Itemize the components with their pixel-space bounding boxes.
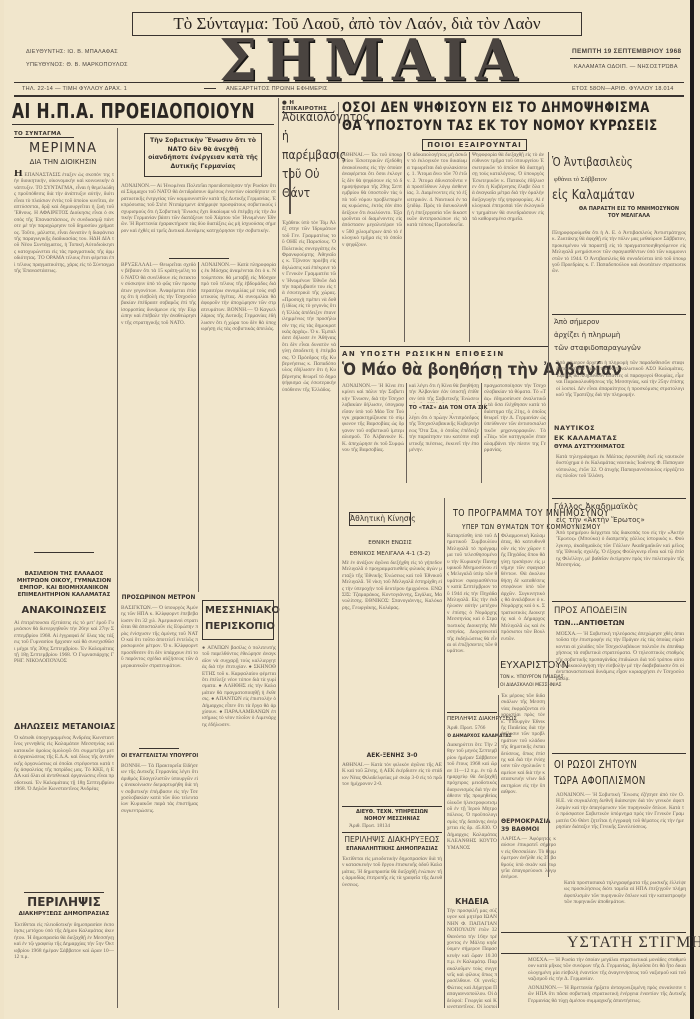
headline-german-ministers: ΟΙ ΕΥΑΓΓΕΛΙΣΤΑΙ ΥΠΟΥΡΓΟΙ bbox=[121, 753, 198, 759]
article-constitution-body: Η ΕΠΑΝΑΣΤΑΣΙΣ ἐταξεν ὡς σκοπὸν της τὴν δ… bbox=[14, 170, 114, 548]
article-london-nato-body: ΛΟΝΔΙΝΟΝ.— Κατὰ πληροφορίας ἐκ Μόσχας ἀν… bbox=[201, 262, 276, 582]
article-referendum-body-2: Ὁ ἀδικαιολογήτως μὴ ἀσκῶν τὸ ἐκλογικόν τ… bbox=[407, 152, 467, 342]
column-rule bbox=[198, 262, 199, 592]
athletic-subhead-1: ΕΘΝΙΚΗ ΕΝΩΣΙΣ bbox=[340, 540, 440, 546]
phone-price: ΤΗΛ. 22-14 — ΤΙΜΗ ΦΥΛΛΟΥ ΔΡΑΧ. 1 bbox=[22, 86, 127, 92]
headline-athletic: Ἀθλητικὴ Κίνησις bbox=[350, 513, 410, 525]
article-municipal-body: Διακηρύττει ὅτι: Τὴν 28ην τοῦ μηνὸς Σεπτ… bbox=[447, 742, 497, 882]
headline-raisin-3: τῶν σταφιδοπαραγωγῶν bbox=[554, 344, 641, 352]
article-u-thant-intro bbox=[289, 168, 337, 214]
headline-referendum-line2: ΘΑ ΥΠΟΣΤΟΥΝ ΤΑΣ ΕΚ ΤΟΥ ΝΟΜΟΥ ΚΥΡΩΣΕΙΣ bbox=[342, 118, 658, 134]
article-vice-regent-body: Πληροφορούμεθα ὅτι ἡ Α. Ε. ὁ Ἀντιβασιλεὺ… bbox=[552, 230, 686, 300]
article-thanks-body: Ἐκ μέρους τῶν διδασκάλων τῆς Μεσσηνίας ἐ… bbox=[501, 693, 545, 813]
article-referendum-body-1: ΑΘΗΝΑΙ.— Ἐκ τοῦ ὑπουργείου Ἐσωτερικῶν ἐξ… bbox=[342, 152, 402, 342]
column-rule bbox=[498, 533, 499, 688]
article-tech-services-body: Ἐκτίθεται εἰς μειοδοτικὴν δημοπρασίαν δι… bbox=[342, 856, 442, 1010]
athletic-box: Ἀθλητικὴ Κίνησις bbox=[349, 512, 411, 526]
column-rule bbox=[338, 102, 339, 1010]
usa-warns-subhead: Τὴν Σοβιετικὴν Ἕνωσιν ὅτι τὸ ΝΑΤΟ δὲν θὰ… bbox=[148, 137, 258, 171]
issue-date: ΠΕΜΠΤΗ 19 ΣΕΠΤΕΜΒΡΙΟΥ 1968 bbox=[572, 48, 681, 55]
article-mao-body-1: ΛΟΝΔΙΝΟΝ.— Ἡ Κίνα ἐπικρίνει καὶ πάλιν τὴ… bbox=[342, 383, 404, 483]
headline-nautical-1: ΝΑΥΤΙΚΟΣ bbox=[554, 424, 595, 432]
headline-gallic-1: Γάλλος Ἀκαδημαϊκὸς bbox=[554, 502, 638, 511]
article-auction-body: Ἐκτίθεται εἰς πλειοδοτικὴν δημοπρασίαν ἐ… bbox=[14, 922, 114, 1010]
headline-summary: ΠΕΡΙΛΗΨΙΣ bbox=[14, 895, 114, 909]
article-memorial-body-1: Καταρτίσθη ὑπὸ τοῦ Δημοτικοῦ Συμβουλίου … bbox=[447, 533, 497, 688]
kicker-russian-attack: ΑΝ ΥΠΟΣΤΗ ΡΩΣΙΚΗΝ ΕΠΙΘΕΣΙΝ bbox=[342, 350, 505, 358]
column-rule bbox=[406, 383, 407, 483]
column-rule bbox=[404, 152, 405, 342]
article-late-news-body-2: ΛΟΝΔΙΝΟΝ.— Ἡ Βρεττανία ἤρξατο ἀνταγωνιζο… bbox=[528, 985, 686, 1009]
article-proof-body: ΜΟΣΧΑ.— Ἡ Σοβιετικὴ τηλεόρασις ἀπεχώρησε… bbox=[556, 631, 684, 749]
article-late-news-body-1: ΜΟΣΧΑ.— Ἡ Ρωσία τὴν ὁποίαν μεγάλαι στρατ… bbox=[528, 957, 686, 983]
headline-periscope: ΜΕΣΣΗΝΙΑΚΟ ΠΕΡΙΣΚΟΠΙΟ bbox=[205, 603, 271, 635]
headline-heatwave-1: ΘΕΡΜΟΚΡΑΣΙΑ bbox=[501, 818, 550, 825]
late-news-intro: Κατὰ προστασιακὰ τηλεγραφήματα τῆς ρωσικ… bbox=[564, 880, 686, 930]
rule bbox=[169, 258, 229, 259]
article-athletic-body: Μὲ ἐν ἀνάξιον ἀγῶνα διεξήχθη εἰς τὸ γήπε… bbox=[342, 560, 442, 720]
date-rule bbox=[570, 58, 680, 59]
headline-tech-summary: ΠΕΡΙΛΗΨΙΣ ΔΙΑΚΗΡΥΞΕΩΣ bbox=[342, 832, 442, 844]
kicker-constitution: ΤΟ ΣΥΝΤΑΓΜΑ bbox=[14, 131, 74, 138]
headline-provisional-measure: ΠΡΟΣΩΡΙΝΟΝ ΜΕΤΡΟΝ bbox=[121, 595, 196, 601]
rule bbox=[552, 314, 686, 315]
rule bbox=[340, 346, 548, 347]
headline-nautical-2: ΕΚ ΚΑΛΑΜΑΤΑΣ bbox=[554, 434, 617, 442]
rule bbox=[447, 712, 497, 713]
headline-usa-warns: ΑΙ Η.Π.Α. ΠΡΟΕΙΔΟΠΟΙΟΥΝ bbox=[12, 99, 255, 123]
rule bbox=[139, 748, 179, 749]
rule bbox=[24, 892, 104, 893]
tagline: ΑΝΕΞΑΡΤΗΤΟΣ ΠΡΩΙΝΗ ΕΦΗΜΕΡΙΣ bbox=[226, 86, 328, 92]
article-gallic-body: Ἀπὸ τριημέρου διέρχεται τὰς διακοπάς του… bbox=[556, 530, 684, 598]
headline-announcements: ΑΝΑΚΟΙΝΩΣΕΙΣ bbox=[14, 605, 114, 616]
headline-vice-regent-3: εἰς Καλαμάταν bbox=[552, 188, 634, 203]
headline-proof-1: ΠΡΟΣ ΑΠΟΔΕΙΞΙΝ bbox=[554, 606, 627, 616]
subhead-administration: ΔΙΑ ΤΗΝ ΔΙΟΙΚΗΣΙΝ bbox=[14, 158, 112, 166]
rule bbox=[12, 124, 274, 125]
headline-aek-xenis: ΑΕΚ-ΞΕΝΗΣ 3-0 bbox=[342, 752, 442, 759]
municipal-subhead: Ὁ ΔΗΜΑΡΧΟΣ ΚΑΛΑΜΑΤΑΣ bbox=[447, 734, 497, 739]
headline-gallic-2: εἰς τὴν «Ἀκτὴν Ἔρωτος» bbox=[556, 516, 645, 524]
responsible-credit: ΥΠΕΥΘΥΝΟΣ: Θ. Β. ΜΑΡΚΟΠΟΥΛΟΣ bbox=[26, 62, 128, 68]
masthead-rule-top bbox=[14, 82, 684, 83]
tech-services-head-2: ΝΟΜΟΥ ΜΕΣΣΗΝΙΑΣ bbox=[342, 816, 442, 822]
periscope-box: ΜΕΣΣΗΝΙΑΚΟ ΠΕΡΙΣΚΟΠΙΟ bbox=[202, 600, 274, 640]
article-memorial-body-2: Φιλαρμονικὴ Καλαμάτας, θὰ κατευθυνθοῦν ε… bbox=[501, 533, 545, 643]
subhead-exempted: ΠΟΙΟΙ ΕΞΑΙΡΟΥΝΤΑΙ bbox=[423, 140, 526, 150]
article-provisional-measure-body: ΒΑΣΙΓΚΤΩΝ.— Ὁ ὑπουργὸς Ἀμύνης τῶν ΗΠΑ κ.… bbox=[121, 605, 198, 745]
issue-number: ΕΤΟΣ 58ον—ΑΡΙΘ. ΦΥΛΛΟΥ 18.014 bbox=[572, 86, 674, 92]
column-rule bbox=[548, 152, 549, 877]
headline-late-news: ΥΣΤΑΤΗ ΣΤΙΓΜΗ bbox=[567, 934, 700, 952]
article-brussels-body: ΒΡΥΞΕΛΛΑΙ.— Θεωρεῖται σχεδὸν βέβαιον ὅτι… bbox=[121, 262, 196, 582]
newspaper-page: Τὸ Σύνταγμα: Τοῦ Λαοῦ, ἀπὸ τὸν Λαόν, διὰ… bbox=[4, 0, 694, 1019]
article-german-ministers-body: ΒΟΝΝΗ.— Τὰ Πρακτορεῖα Εἰδήσεων τῆς Δυτικ… bbox=[121, 763, 198, 1008]
city-label: ΚΑΛΑΜΑΤΑ Οδοιπ. — Νησοστρώβα bbox=[574, 64, 678, 70]
newspaper-title: ΣΗΜΑΙΑ bbox=[219, 35, 489, 85]
column-rule bbox=[481, 383, 482, 483]
headline-referendum-line1: ΟΣΟΙ ΔΕΝ ΨΗΦΙΣΟΥΝ ΕΙΣ ΤΟ ΔΗΜΟΨΗΦΙΣΜΑ bbox=[342, 100, 650, 116]
usa-warns-subhead-box: Τὴν Σοβιετικὴν Ἕνωσιν ὅτι τὸ ΝΑΤΟ δὲν θὰ… bbox=[144, 133, 262, 177]
article-aek-body: ΑΘΗΝΑΙ.— Κατὰ τὸν φιλικὸν ἀγῶνα τῆς ΑΕΚ … bbox=[342, 762, 442, 804]
masthead-rule-bottom bbox=[14, 95, 684, 97]
headline-raisin-1: Ἀπὸ σήμερον bbox=[554, 318, 599, 326]
article-russians-demand-body: ΛΟΝΔΙΝΟΝ.— Ἡ Σοβιετικὴ Ἕνωσις ἐζήτησε ἀπ… bbox=[556, 792, 684, 876]
article-usa-warns-body: ΛΟΝΔΙΝΟΝ.— Αἱ Ἡνωμέναι Πολιτεῖαι προειδο… bbox=[121, 183, 276, 253]
article-referendum-body-3: Ψηφοφορία θὰ διεξαχθῇ εἰς τὸ ἀνεύθυνον τ… bbox=[472, 152, 544, 342]
subhead-vice-regent: ΘΑ ΠΑΡΑΣΤΗ ΕΙΣ ΤΟ ΜΝΗΜΟΣΥΝΟΝ ΤΟΥ ΜΕΛΙΓΑΛ… bbox=[574, 206, 684, 220]
headline-merimna: ΜΕΡΙΜΝΑ bbox=[14, 141, 112, 156]
tagline-ornament bbox=[204, 88, 216, 89]
headline-russians-demand-2: ΤΩΡΑ ΑΦΟΠΛΙΣΜΟΝ bbox=[554, 774, 646, 787]
headline-raisin-2: ἀρχίζει ἡ πληρωμὴ bbox=[554, 331, 620, 339]
column-rule bbox=[278, 98, 279, 1008]
article-periscope-body: ● ΑΓΑΠΩΝ βασίλις ὁ πολιτευτὴς τοῦ παρελθ… bbox=[202, 645, 276, 1008]
headline-repentance: ΔΗΛΩΣΕΙΣ ΜΕΤΑΝΟΙΑΣ bbox=[14, 722, 114, 731]
article-nautical-body: Κατὰ τηλεγράφημα ἐκ Μάλτας ἐφονεύθη ἐκεῖ… bbox=[556, 454, 684, 496]
thanks-subhead-2: ΟΙ ΔΙΔΑΣΚΑΛΟΙ ΜΕΣΣΗΝΙΑΣ bbox=[500, 683, 548, 688]
article-mao-body-2: καὶ λέγει ὅτι ἡ Κίνα θὰ βοηθήσῃ τὴν Ἀλβα… bbox=[409, 383, 479, 483]
rule bbox=[552, 601, 686, 602]
headline-municipal-summary: ΠΕΡΙΛΗΨΙΣ ΔΙΑΚΗΡΥΞΕΩΣ bbox=[447, 716, 497, 722]
article-u-thant-body: Ἐχάθεικ ὑπὸ τὸν Τόμ Ἀλέξ στην τῶν Ἰδρυμά… bbox=[282, 220, 336, 1005]
director-credit: ΔΙΕΥΘΥΝΤΗΣ: ΙΩ. Β. ΜΠΑΛΑΦΑΣ bbox=[26, 49, 118, 55]
rule bbox=[501, 932, 686, 933]
headline-proof-2: ΤΩΝ...ΑΝΤΙΘΕΤΩΝ bbox=[554, 619, 625, 627]
article-mao-body-3: πραγματοποίησαν τὴν Τσεχοσλοβακίαν τὰ θύ… bbox=[484, 383, 546, 483]
headline-russians-demand-1: ΟΙ ΡΩΣΟΙ ΖΗΤΟΥΝ bbox=[554, 758, 637, 771]
article-funeral-body: Τὴν προσφιλῆ μας σύζυγον καὶ μητέρα ΙΩΑΝ… bbox=[447, 908, 497, 1008]
article-repentance-body: Ὁ κάτωθι ὑπογεγραμμένος Ἀνδρέας Κωνσταντ… bbox=[14, 735, 114, 865]
tech-services-ref: Ἀριθ. Πρωτ. 18134 bbox=[349, 823, 439, 831]
article-raisin-body: Ἀπὸ σήμερον ἄρχεται ἡ πληρωμὴ τῶν παραδο… bbox=[556, 360, 684, 420]
headline-vice-regent-2: φθάνει τὸ Σάββατον bbox=[554, 176, 607, 183]
municipal-ref: Ἀριθ. Πρωτ. 5766 bbox=[447, 725, 497, 732]
rule bbox=[552, 498, 686, 499]
headline-funeral: ΚΗΔΕΙΑ bbox=[447, 897, 497, 906]
referendum-subhead-box: ΠΟΙΟΙ ΕΞΑΙΡΟΥΝΤΑΙ bbox=[422, 139, 527, 151]
subhead-tech-summary: ΕΠΑΝΑΛΗΠΤΙΚΗΣ ΔΗΜΟΠΡΑΣΙΑΣ bbox=[342, 846, 442, 852]
headline-vice-regent-1: Ὁ Ἀντιβασιλεὺς bbox=[552, 155, 633, 169]
announcements-org: ΒΑΣΙΛΕΙΟΝ ΤΗΣ ΕΛΛΑΔΟΣ ΜΗΤΡΩΟΝ ΟΙΚΟΥ, ΓΥΜ… bbox=[14, 571, 114, 599]
column-rule bbox=[444, 498, 445, 1008]
athletic-subhead-2: ΕΘΝΙΚΟΣ ΜΕΛΙΓΑΛΑ 4-1 (3-2) bbox=[340, 551, 440, 557]
column-rule bbox=[469, 152, 470, 342]
headline-heatwave-2: 39 ΒΑΘΜΟΙ bbox=[501, 826, 539, 833]
headline-tass-sik: ΤΟ «ΤΑΣ» ΔΙΑ ΤΟΝ ΟΤΑ ΣΙΚ bbox=[409, 403, 479, 413]
rule bbox=[501, 953, 686, 954]
column-rule bbox=[498, 695, 499, 1008]
subhead-auction: ΔΙΑΚΗΡΥΞΕΩΣ ΔΗΜΟΠΡΑΣΙΑΣ bbox=[14, 911, 114, 917]
column-rule bbox=[117, 128, 118, 1008]
article-announcements-body: Αἱ ἐπιτρέπουσαι ἐξετάσεις εἰς τὸ μετ' ἐμ… bbox=[14, 620, 114, 718]
tech-services-head-1: ΔΙΕΥΘ. ΤΕΧΝ. ΥΠΗΡΕΣΙΩΝ bbox=[342, 809, 442, 815]
rule bbox=[34, 552, 94, 553]
headline-thanks: ΕΥΧΑΡΙΣΤΟΥΝ bbox=[500, 660, 548, 671]
rule bbox=[342, 806, 442, 807]
thanks-subhead-1: ΤΟΝ κ. ΥΠΟΥΡΓΟΝ ΠΑΙΔΕΙΑΣ bbox=[500, 675, 548, 680]
rule bbox=[552, 753, 686, 754]
subhead-nautical: ΘΥΜΑ ΔΥΣΤΥΧΗΜΑΤΟΣ bbox=[554, 444, 625, 450]
